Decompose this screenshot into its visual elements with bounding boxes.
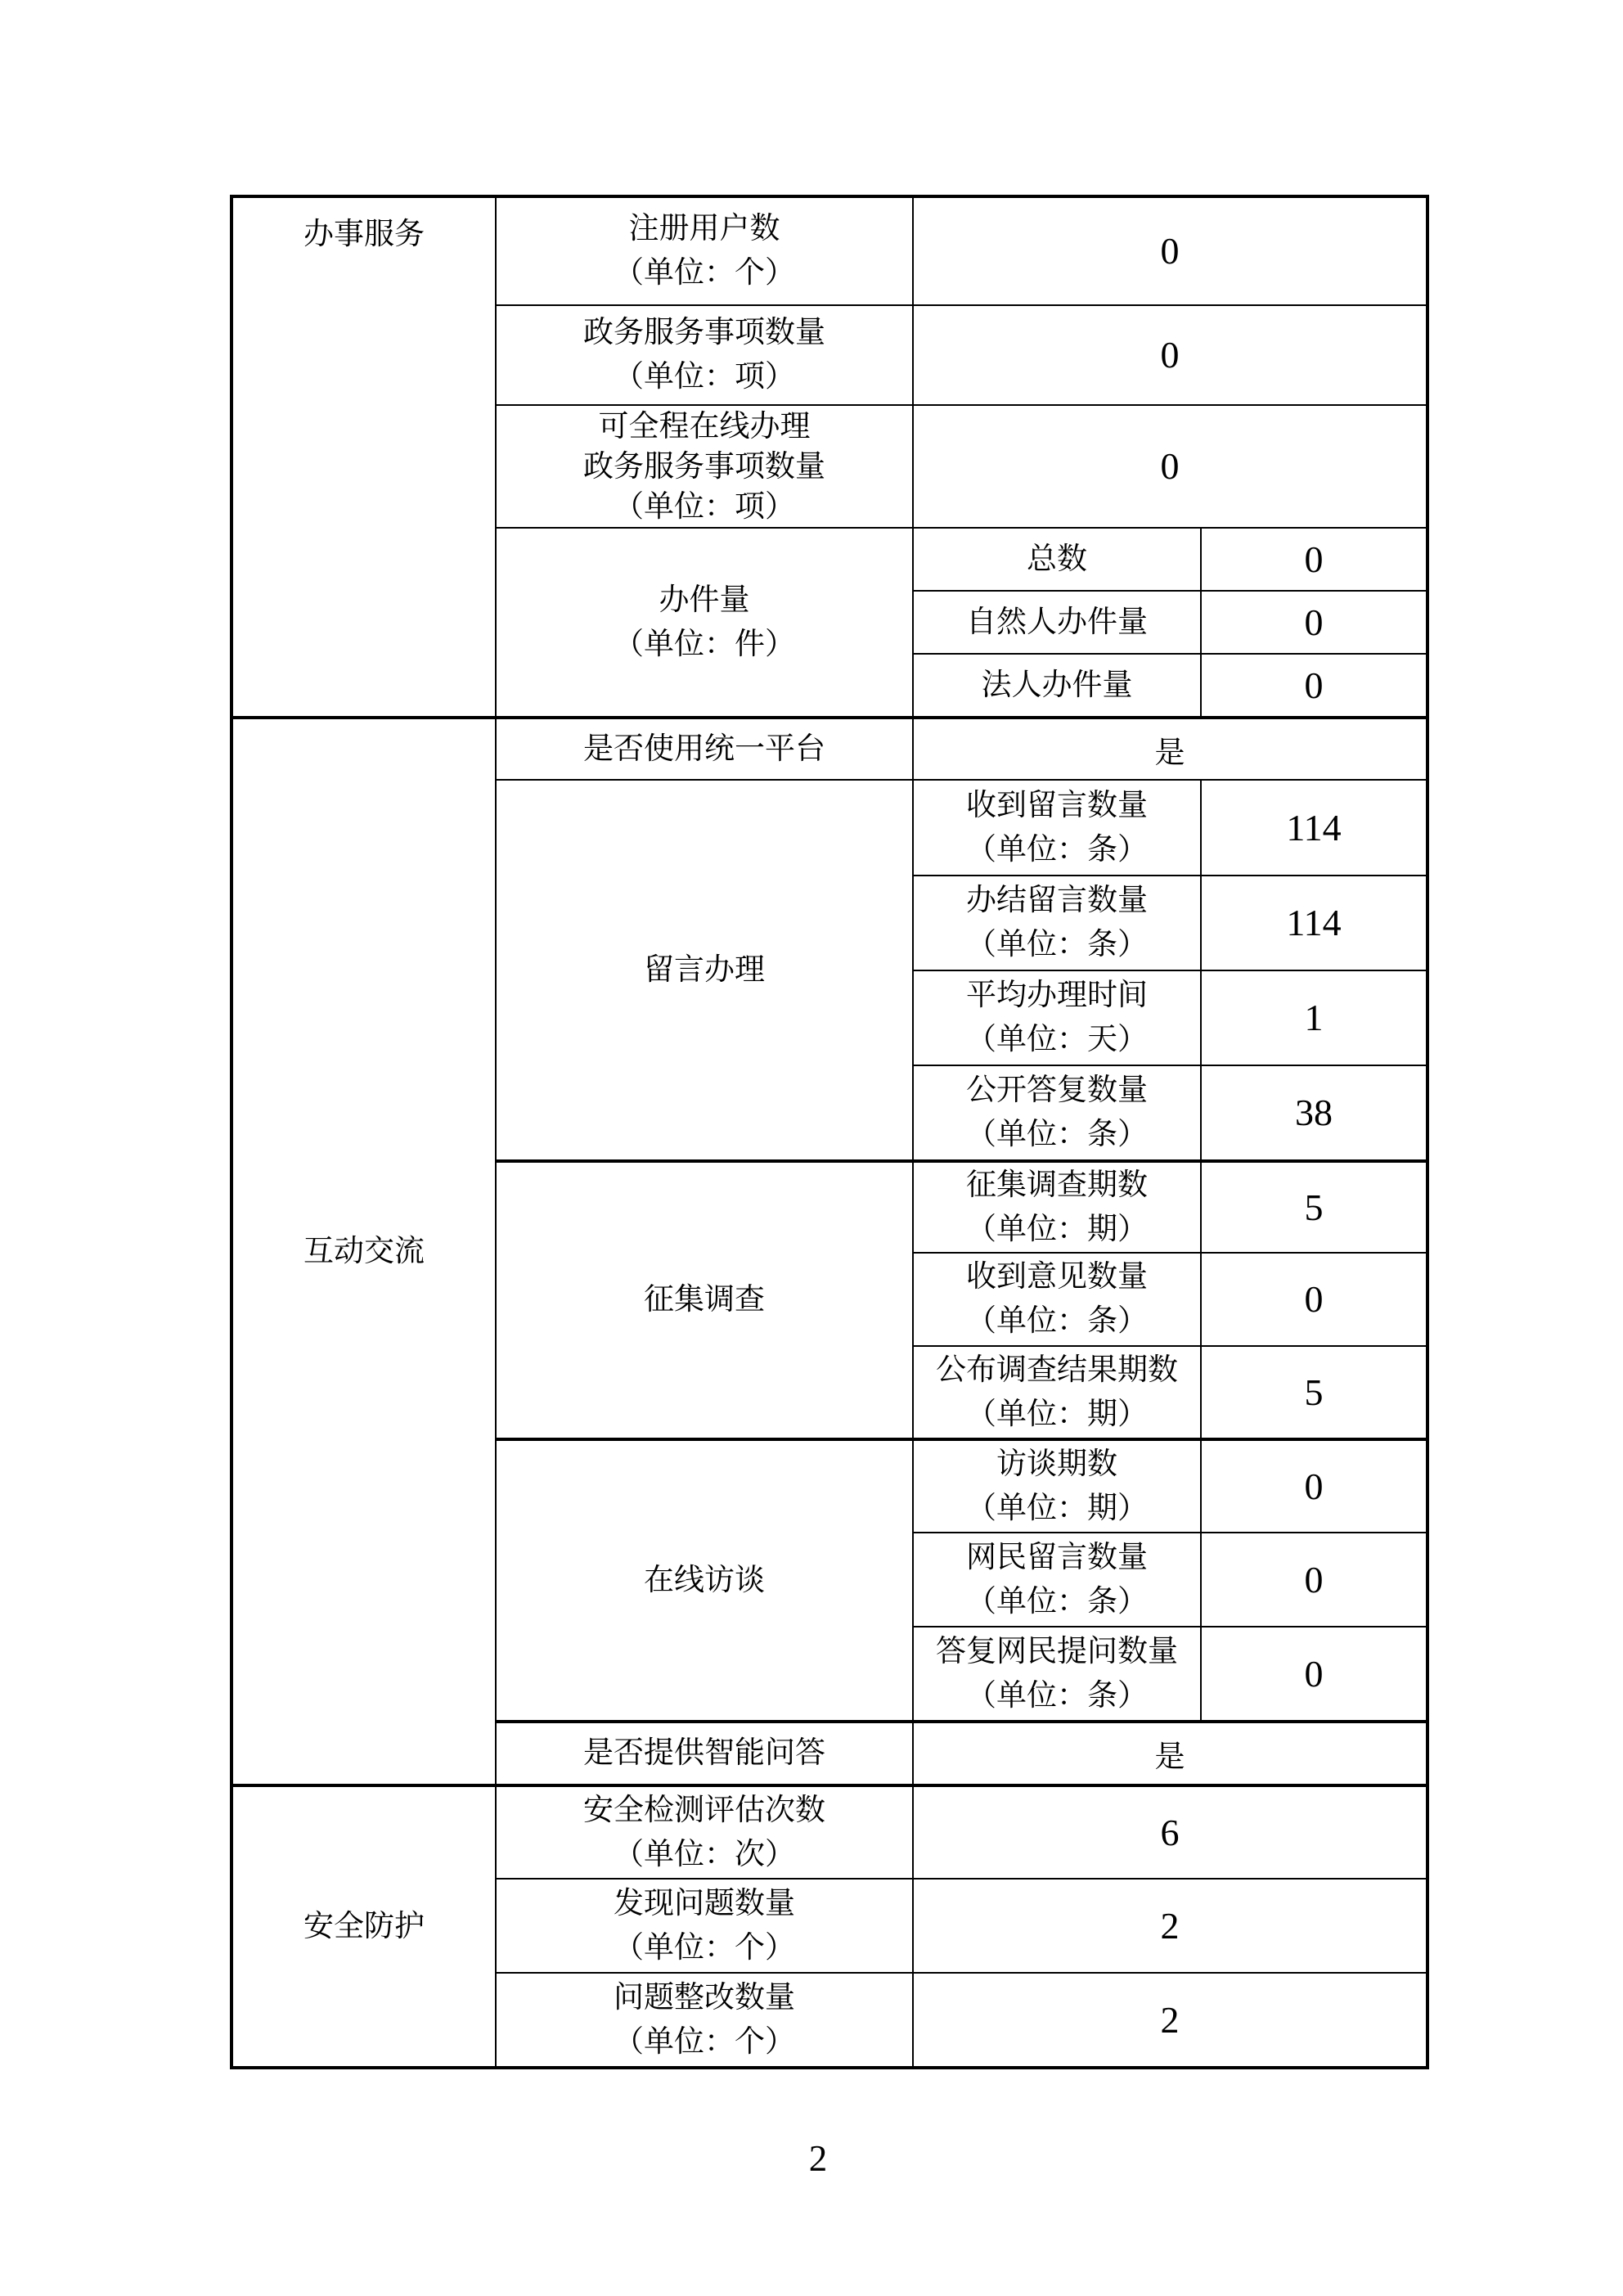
label-full-online-service-items: 可全程在线办理 政务服务事项数量 （单位：项） xyxy=(496,405,913,528)
statistics-table: 办事服务 互动交流 安全防护 注册用户数 （单位：个） 0 政务服务事项数量 （… xyxy=(230,195,1429,2069)
value-messages-received: 114 xyxy=(1201,780,1427,876)
value-registered-users: 0 xyxy=(913,197,1427,305)
label-service-items: 政务服务事项数量 （单位：项） xyxy=(496,305,913,405)
label-smart-qa: 是否提供智能问答 xyxy=(496,1721,913,1785)
value-survey-periods: 5 xyxy=(1201,1160,1427,1253)
value-netizen-messages: 0 xyxy=(1201,1533,1427,1627)
label-case-natural-person: 自然人办件量 xyxy=(913,591,1201,654)
value-problems-rectified: 2 xyxy=(913,1973,1427,2067)
page-number: 2 xyxy=(0,2137,1623,2180)
label-public-replies: 公开答复数量 （单位：条） xyxy=(913,1065,1201,1160)
value-security-assessments: 6 xyxy=(913,1785,1427,1879)
label-problems-found: 发现问题数量 （单位：个） xyxy=(496,1879,913,1973)
value-netizen-questions-answered: 0 xyxy=(1201,1627,1427,1721)
group-label-service-handling: 办事服务 xyxy=(303,213,425,257)
value-interview-periods: 0 xyxy=(1201,1438,1427,1533)
label-unified-platform: 是否使用统一平台 xyxy=(496,717,913,780)
value-case-total: 0 xyxy=(1201,528,1427,591)
label-messages-resolved: 办结留言数量 （单位：条） xyxy=(913,876,1201,970)
value-problems-found: 2 xyxy=(913,1879,1427,1973)
label-solicitation-survey: 征集调查 xyxy=(496,1160,913,1438)
group-cell-service-handling: 办事服务 xyxy=(232,197,496,717)
value-messages-resolved: 114 xyxy=(1201,876,1427,970)
label-problems-rectified: 问题整改数量 （单位：个） xyxy=(496,1973,913,2067)
group-label-interaction: 互动交流 xyxy=(303,1230,425,1274)
value-unified-platform: 是 xyxy=(913,717,1427,780)
value-case-natural-person: 0 xyxy=(1201,591,1427,654)
label-message-handling: 留言办理 xyxy=(496,780,913,1160)
label-messages-received: 收到留言数量 （单位：条） xyxy=(913,780,1201,876)
label-online-interview: 在线访谈 xyxy=(496,1438,913,1721)
label-case-volume: 办件量 （单位：件） xyxy=(496,528,913,717)
label-opinions-received: 收到意见数量 （单位：条） xyxy=(913,1253,1201,1346)
value-average-handling-time: 1 xyxy=(1201,970,1427,1065)
group-cell-interaction: 互动交流 xyxy=(232,717,496,1785)
label-netizen-questions-answered: 答复网民提问数量 （单位：条） xyxy=(913,1627,1201,1721)
value-smart-qa: 是 xyxy=(913,1721,1427,1785)
value-public-replies: 38 xyxy=(1201,1065,1427,1160)
group-cell-security: 安全防护 xyxy=(232,1785,496,2067)
value-survey-results-published: 5 xyxy=(1201,1346,1427,1438)
label-survey-periods: 征集调查期数 （单位：期） xyxy=(913,1160,1201,1253)
label-security-assessments: 安全检测评估次数 （单位：次） xyxy=(496,1785,913,1879)
value-service-items: 0 xyxy=(913,305,1427,405)
label-registered-users: 注册用户数 （单位：个） xyxy=(496,197,913,305)
label-netizen-messages: 网民留言数量 （单位：条） xyxy=(913,1533,1201,1627)
group-label-security: 安全防护 xyxy=(303,1905,425,1949)
value-case-legal-person: 0 xyxy=(1201,654,1427,717)
document-page: { "page": { "number": "2" }, "table": { … xyxy=(0,0,1623,2296)
value-full-online-service-items: 0 xyxy=(913,405,1427,528)
label-case-legal-person: 法人办件量 xyxy=(913,654,1201,717)
value-opinions-received: 0 xyxy=(1201,1253,1427,1346)
label-interview-periods: 访谈期数 （单位：期） xyxy=(913,1438,1201,1533)
label-case-total: 总数 xyxy=(913,528,1201,591)
label-average-handling-time: 平均办理时间 （单位：天） xyxy=(913,970,1201,1065)
label-survey-results-published: 公布调查结果期数 （单位：期） xyxy=(913,1346,1201,1438)
